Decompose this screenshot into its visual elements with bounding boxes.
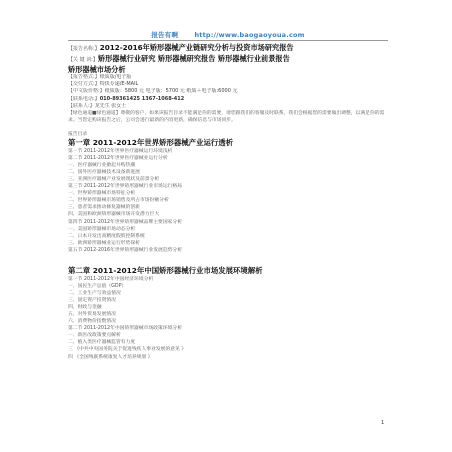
- toc-title: 报告目录: [68, 131, 388, 138]
- toc-item: 第四节 2011-2012年世界矫形器械品牌主要国家分析: [68, 219, 388, 226]
- toc-item: 二、日本开发出高精度假肢控制系统: [68, 233, 388, 240]
- price-line: 【中文版价格:】纸质版：5800 元 电子版：5700 元 纸质＋电子版:600…: [68, 88, 388, 95]
- toc-item: 二、工业生产与效益情况: [68, 290, 388, 297]
- toc-item: 三、患者需求推动修复器械的创新: [68, 204, 388, 211]
- toc-item: 四 《全国残联系统康复人才培养规划 》: [68, 354, 388, 361]
- toc-item: 二、国外医疗器械技术设备新进展: [68, 169, 388, 176]
- site-url-link[interactable]: http://www.baogaoyoua.com: [194, 31, 304, 39]
- toc-item: 四、财政与金融: [68, 304, 388, 311]
- toc-item: 一、世界矫形器械市场特征分析: [68, 190, 388, 197]
- toc-item: 三、亚洲医疗器械产业发展现状及前景分析: [68, 176, 388, 183]
- contact-line: 【联系人:】龙先生 张女士: [68, 103, 388, 110]
- report-name-line: 【报告名称:】2012-2016年矫形器械产业链研究分析与投资市场研究报告: [68, 43, 388, 54]
- page-number: 1: [381, 420, 384, 426]
- toc-item: 一、新医改政策要点解析: [68, 332, 388, 339]
- toc-item: 一、国民生产总值（GDP）: [68, 283, 388, 290]
- toc-item: 三、固定资产投资情况: [68, 297, 388, 304]
- delivery-line: 【交付方式:】特快专递/E-MAIL: [68, 81, 388, 88]
- toc-item: 三、欧洲矫形器械业运行形势探析: [68, 240, 388, 247]
- toc-item: 二、植入类医疗器械监管有力度: [68, 339, 388, 346]
- toc-item: 第五节 2012-2016年世界矫形器械行业发展趋势分析: [68, 247, 388, 254]
- phone-line: 【联系电话:】010-89361425 1367-1068-412: [68, 96, 388, 103]
- toc-item: 一、美国矫形器械市场动态分析: [68, 226, 388, 233]
- toc-item: 二、世界矫形器械市场销售及所占市场份额分析: [68, 197, 388, 204]
- green-channel-note: 【绿色通道■绿色通道】尊敬的客户，如果该报告目录不能满足你的需要，请您跟我们的客…: [68, 110, 388, 124]
- toc-item: 第一节 2011-2012年中国经济环境分析: [68, 276, 388, 283]
- toc-item: 六、消费物价指数情况: [68, 318, 388, 325]
- toc-item: 三 《中共中央国务院关于促进残疾人事业发展的意见 》: [68, 346, 388, 353]
- toc-item: 五、对外贸易发展情况: [68, 311, 388, 318]
- keywords: 矫形器械行业研究 矫形器械研究报告 矫形器械行业前景报告: [98, 54, 290, 63]
- format-line: 【报告格式:】纸质版/电子版: [68, 74, 388, 81]
- header-divider: [68, 40, 388, 41]
- toc-item: 四、美国和欧洲矫形器械市场开发潜力巨大: [68, 211, 388, 218]
- chapter-2-title: 第二章 2011-2012年中国矫形器械行业市场发展环境解析: [68, 266, 388, 276]
- toc-item: 一、医疗器械行业掀起并购热潮: [68, 162, 388, 169]
- document-page: 报告有啊 http://www.baogaoyoua.com 【报告名称:】20…: [68, 0, 388, 452]
- toc-item: 第三节 2011-2012年世界矫形器械行业市场运行格局: [68, 183, 388, 190]
- keywords-line: 【关 键 词:】矫形器械行业研究 矫形器械研究报告 矫形器械行业前景报告: [68, 54, 388, 65]
- toc-item: 第二节 2011-2012年中国矫形器械市场政策环境分析: [68, 325, 388, 332]
- toc-item: 第二节 2011-2012年世界医疗器械业运行分析: [68, 155, 388, 162]
- report-name: 2012-2016年矫形器械产业链研究分析与投资市场研究报告: [100, 43, 294, 52]
- keywords-continued: 矫形器械市场分析: [68, 65, 388, 74]
- chapter-1-title: 第一章 2011-2012年世界矫形器械产业运行透析: [68, 138, 388, 148]
- document-body: 【报告名称:】2012-2016年矫形器械产业链研究分析与投资市场研究报告 【关…: [68, 43, 388, 361]
- brand-name: 报告有啊: [151, 31, 178, 39]
- toc-item: 第一节 2011-2012年世界医疗器械运行环境浅析: [68, 148, 388, 155]
- page-header: 报告有啊 http://www.baogaoyoua.com: [68, 30, 388, 39]
